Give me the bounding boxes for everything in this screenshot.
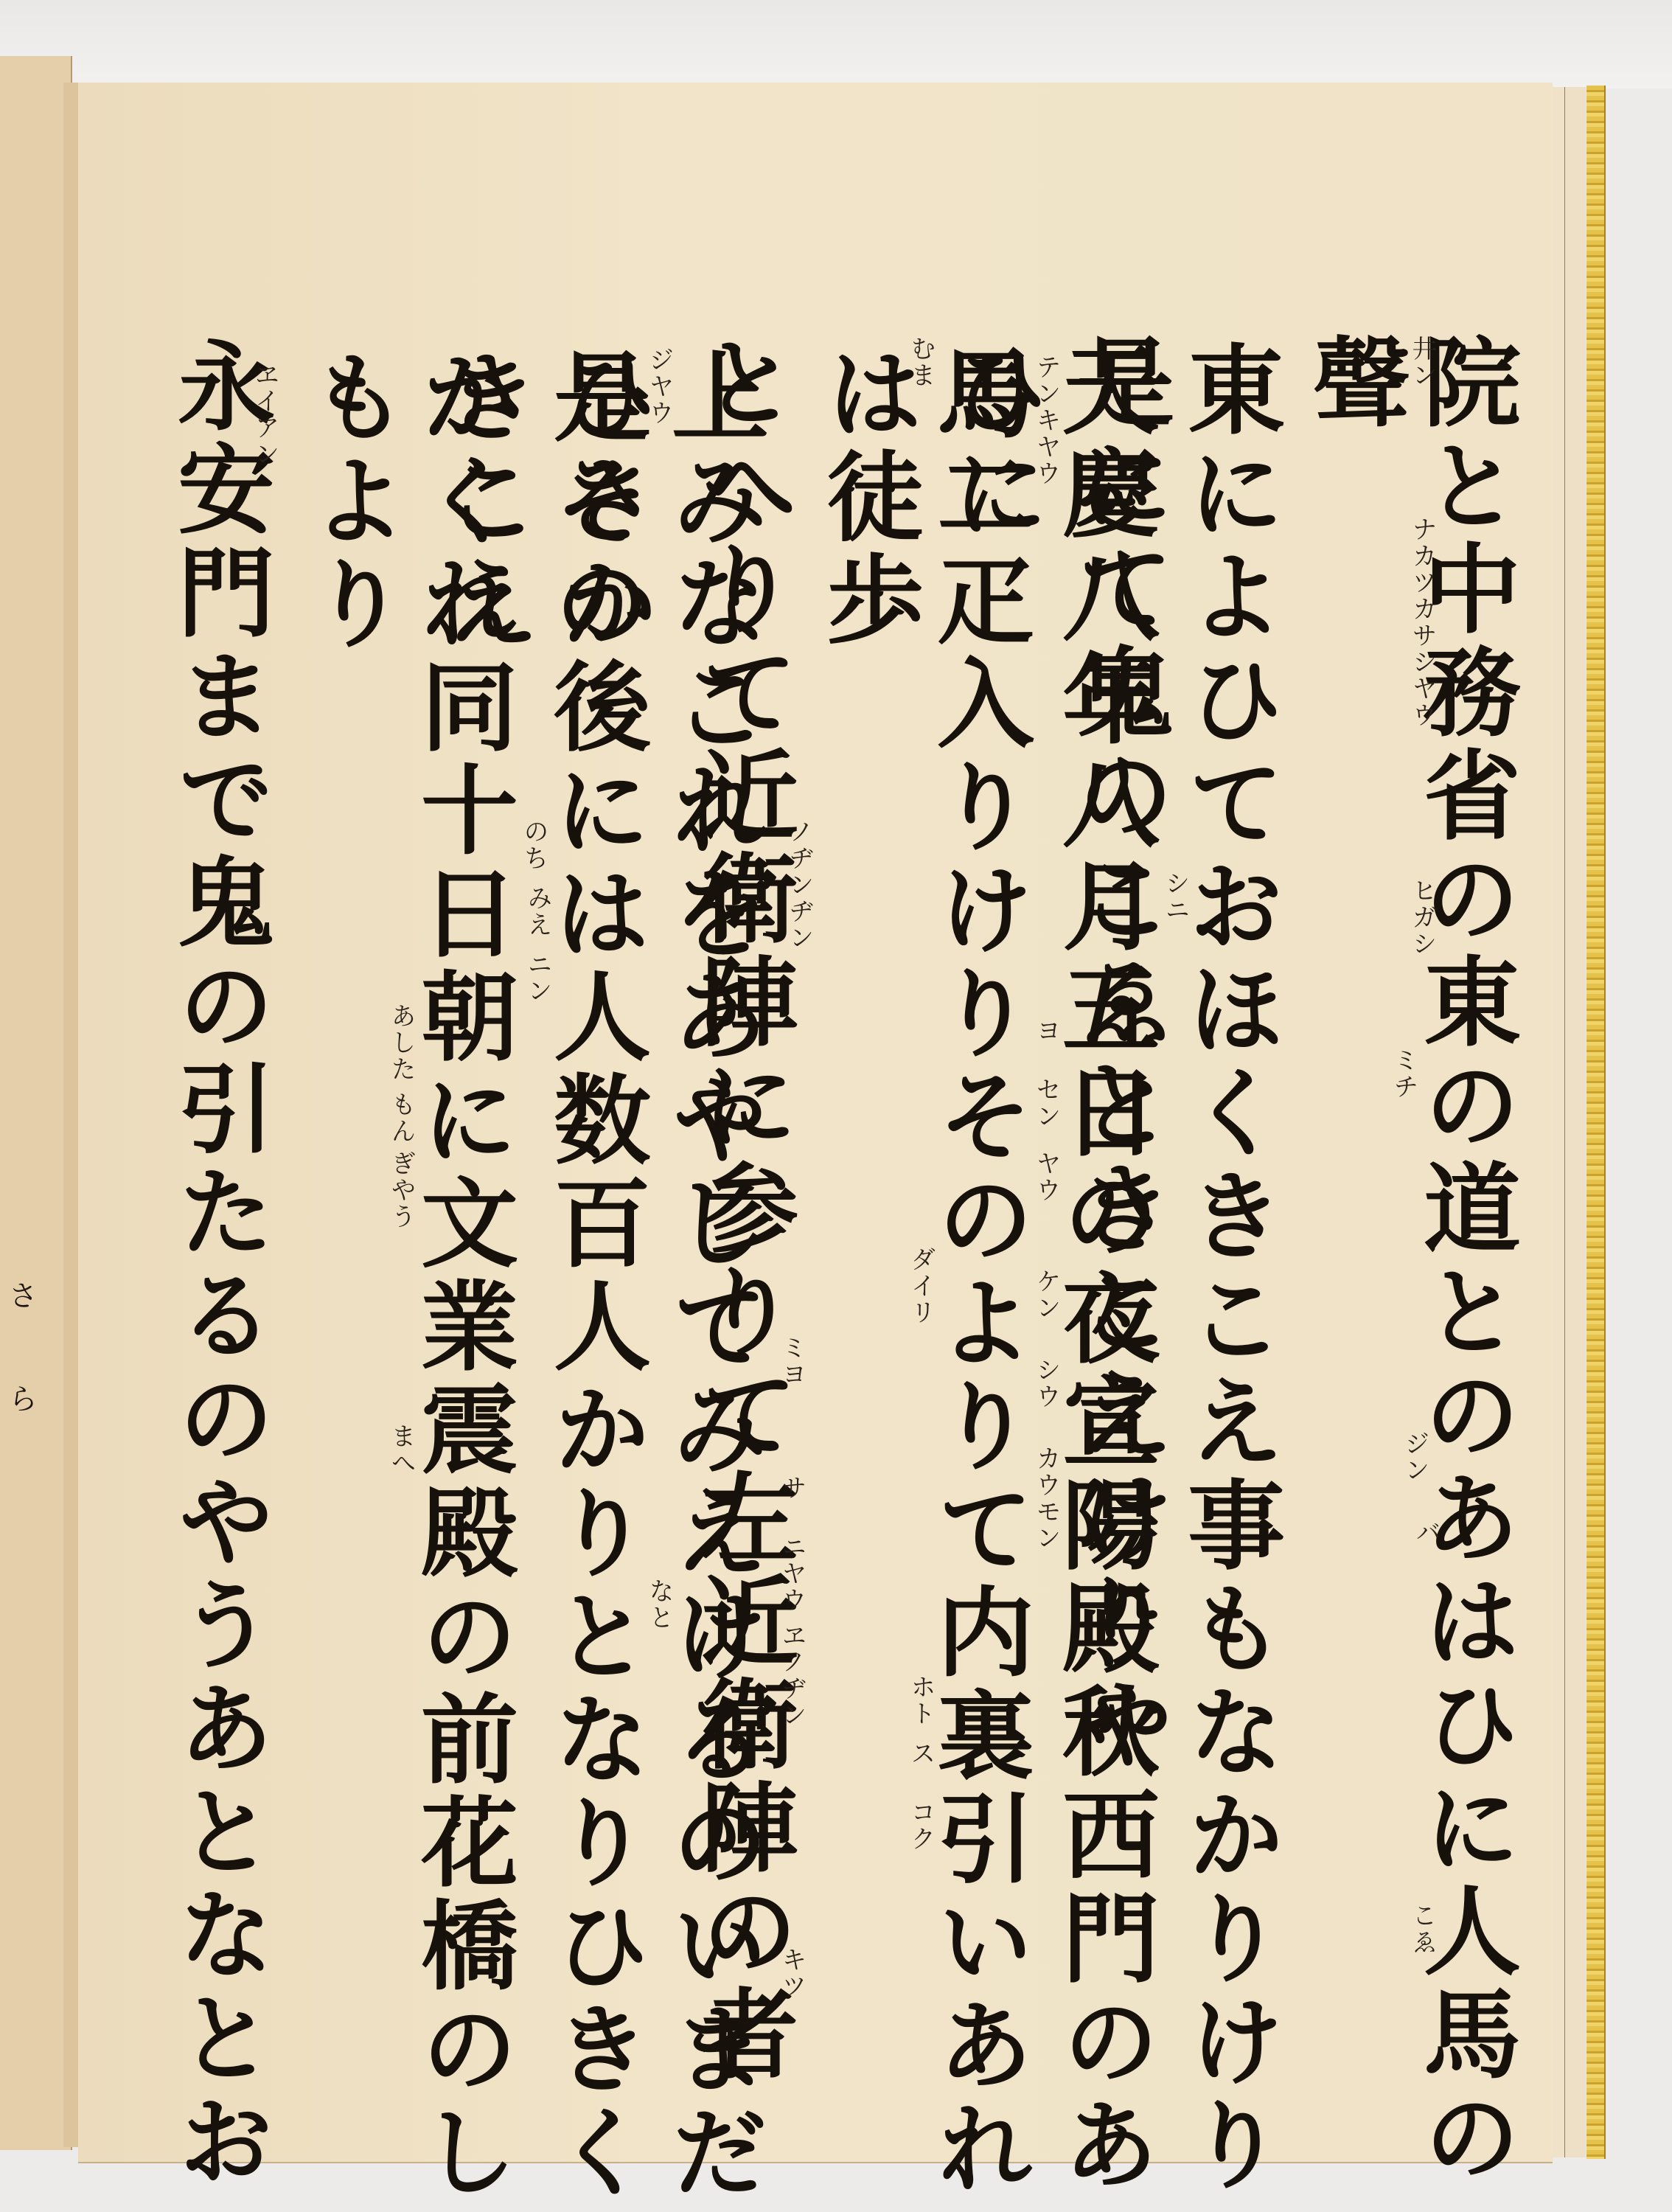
furigana: こゑ — [1404, 1902, 1441, 1955]
furigana: 井ン — [1404, 335, 1441, 389]
furigana: テンキヤウ — [1028, 354, 1065, 487]
text-column-9: かくれ同十日朝に文業震殿の前花橋のしもより — [295, 347, 516, 2212]
furigana: ジヤウ — [641, 347, 677, 426]
furigana: ニン — [520, 951, 556, 1004]
furigana: むま — [903, 335, 939, 389]
furigana: ダイリ — [903, 1246, 939, 1326]
furigana: なと — [641, 1578, 677, 1631]
furigana: シウ — [1028, 1357, 1065, 1410]
furigana: ジン — [1397, 1430, 1433, 1484]
furigana: コク — [903, 1799, 939, 1852]
furigana: ヱイアン — [247, 361, 283, 467]
furigana: ぎやう — [383, 1150, 419, 1230]
furigana: ホト — [903, 1674, 939, 1727]
left-page-text-fragment: さ — [0, 1280, 42, 1310]
furigana: ミチ — [1386, 1047, 1422, 1100]
furigana: サ — [774, 1475, 810, 1501]
left-page-text-fragment: ら — [0, 1383, 42, 1413]
furigana: セン — [1028, 1077, 1065, 1130]
furigana: あした — [383, 1003, 419, 1082]
furigana: カウモン — [1028, 1445, 1065, 1551]
furigana: キツ — [774, 1947, 810, 2000]
furigana: ミヨ — [774, 1335, 810, 1388]
furigana: バ — [1408, 1519, 1444, 1545]
furigana: ケン — [1028, 1268, 1065, 1321]
text-column-10: 永安門まで鬼の引たるのやうあとなとお — [162, 335, 273, 2194]
left-page: さ ら — [0, 56, 72, 2150]
furigana: のち — [516, 818, 552, 872]
text-column-2: 東によひておほくきこえ事もなかりけり — [1172, 339, 1283, 2197]
furigana: ナカツカサシヤウ — [1404, 516, 1441, 728]
furigana: ヨ — [1028, 1018, 1065, 1044]
furigana: ヤウ — [1028, 1150, 1065, 1203]
furigana: まへ — [383, 1423, 419, 1476]
furigana: ス — [903, 1740, 939, 1767]
background-backdrop — [0, 0, 1672, 88]
gilt-book-edge — [1586, 86, 1606, 2159]
page-edge — [1565, 87, 1586, 2157]
page-edge — [1553, 87, 1565, 2157]
furigana: ヒガシ — [1404, 877, 1441, 957]
furigana: みえ — [520, 885, 556, 938]
furigana: シニ — [1157, 870, 1194, 923]
furigana: ニヤウ — [774, 1534, 810, 1613]
furigana: もん — [383, 1091, 419, 1144]
furigana: ノヂンヂン — [781, 818, 818, 951]
furigana: ヱノヂン — [774, 1622, 810, 1728]
